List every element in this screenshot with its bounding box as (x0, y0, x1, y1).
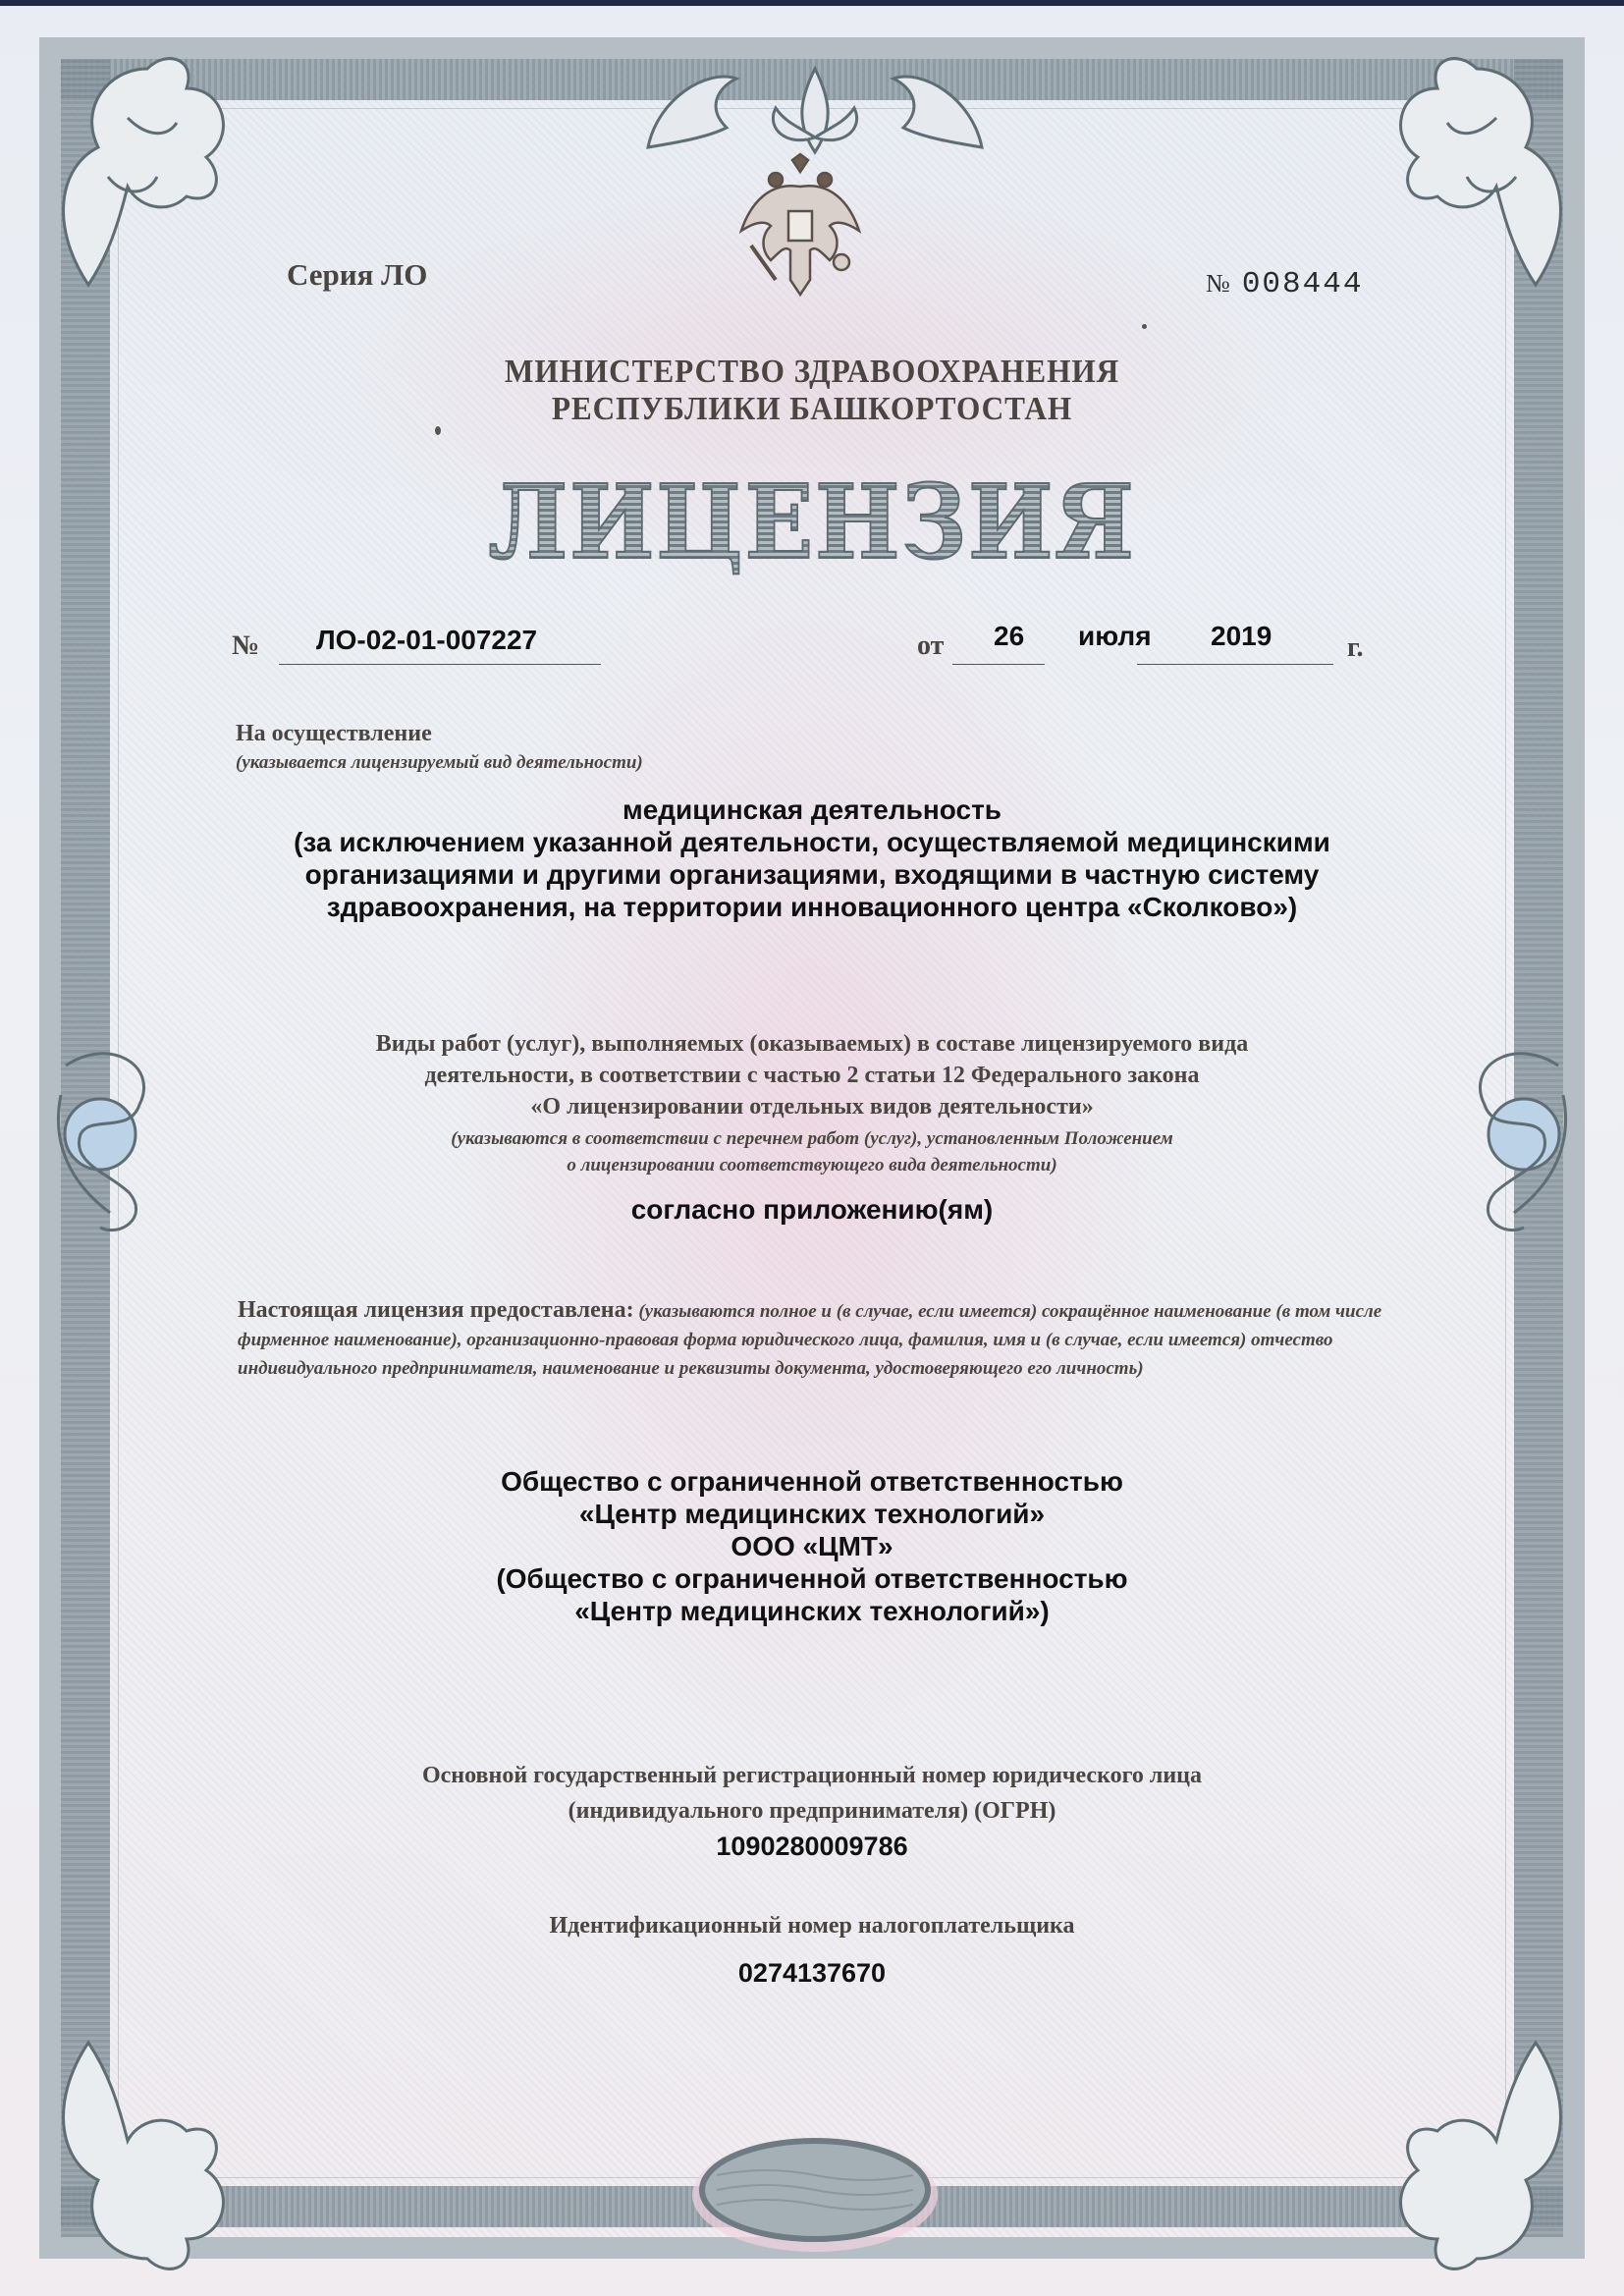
inn-label: Идентификационный номер налогоплательщик… (0, 1913, 1624, 1940)
acanthus-ornament-icon (29, 29, 255, 324)
date-suffix: г. (1347, 632, 1364, 664)
ogrn-label: Основной государственный регистрационный… (0, 1758, 1624, 1829)
licensee-name-line: ООО «ЦМТ» (0, 1530, 1624, 1562)
licensee-name-line: Общество с ограниченной ответственностью (0, 1465, 1624, 1498)
works-label-line: деятельности, в соответствии с частью 2 … (0, 1060, 1624, 1091)
license-number-sign: № (232, 630, 259, 662)
activity-line: организациями и другими организациями, в… (0, 858, 1624, 891)
ministry-line: РЕСПУБЛИКИ БАШКОРТОСТАН (65, 391, 1559, 428)
issuing-authority: МИНИСТЕРСТВО ЗДРАВООХРАНЕНИЯ РЕСПУБЛИКИ … (65, 354, 1559, 428)
date-year: 2019 (1211, 621, 1272, 652)
works-label-line: «О лицензировании отдельных видов деятел… (0, 1091, 1624, 1122)
acanthus-ornament-icon (29, 2003, 255, 2296)
works-label-line: Виды работ (услуг), выполняемых (оказыва… (0, 1028, 1624, 1060)
activity-hint: (указывается лицензируемый вид деятельно… (236, 752, 643, 774)
ogrn-label-line: (индивидуального предпринимателя) (ОГРН) (0, 1793, 1624, 1829)
inn-value: 0274137670 (0, 1958, 1624, 1989)
licensee-name-line: «Центр медицинских технологий» (0, 1498, 1624, 1530)
scan-speck (435, 426, 441, 435)
double-headed-eagle-emblem-icon (731, 152, 869, 300)
license-number: ЛО-02-01-007227 (316, 625, 537, 656)
works-hint-line: о лицензировании соответствующего вида д… (0, 1152, 1624, 1178)
ogrn-label-line: Основной государственный регистрационный… (0, 1758, 1624, 1793)
form-number: №008444 (1206, 267, 1363, 301)
date-day: 26 (994, 621, 1024, 652)
series-label: Серия ЛО (287, 257, 427, 293)
activity-line: (за исключением указанной деятельности, … (0, 826, 1624, 858)
activity-label: На осуществление (236, 721, 432, 747)
ministry-line: МИНИСТЕРСТВО ЗДРАВООХРАНЕНИЯ (65, 354, 1559, 391)
licensee-name: Общество с ограниченной ответственностью… (0, 1465, 1624, 1627)
licensee-label: Настоящая лицензия предоставлена: (указы… (238, 1296, 1396, 1383)
licensee-lead: Настоящая лицензия предоставлена: (238, 1297, 634, 1323)
license-number-underline (279, 664, 601, 665)
date-month: июля (1078, 621, 1152, 652)
document-title: ЛИЦЕНЗИЯ (97, 462, 1527, 582)
oval-rosette-ornament-icon (677, 2116, 952, 2264)
number-sign: № (1206, 269, 1232, 298)
acanthus-ornament-icon (1369, 2003, 1595, 2296)
works-hint: (указываются в соответствии с перечнем р… (0, 1125, 1624, 1178)
licensee-name-line: «Центр медицинских технологий») (0, 1595, 1624, 1627)
works-label: Виды работ (услуг), выполняемых (оказыва… (0, 1028, 1624, 1122)
ogrn-value: 1090280009786 (0, 1831, 1624, 1862)
form-number-value: 008444 (1242, 267, 1364, 301)
acanthus-ornament-icon (1369, 29, 1595, 324)
licensee-name-line: (Общество с ограниченной ответственность… (0, 1562, 1624, 1595)
fleur-de-lis-ornament-icon (628, 29, 1001, 167)
licensed-activity: медицинская деятельность (за исключением… (0, 793, 1624, 923)
scan-speck (1142, 324, 1147, 329)
works-value: согласно приложению(ям) (0, 1194, 1624, 1226)
works-hint-line: (указываются в соответствии с перечнем р… (0, 1125, 1624, 1152)
activity-line: здравоохранения, на территории инновацио… (0, 891, 1624, 923)
date-year-underline (1137, 664, 1333, 665)
activity-line: медицинская деятельность (0, 793, 1624, 826)
date-day-underline (952, 664, 1045, 665)
date-prefix: от (917, 630, 944, 662)
